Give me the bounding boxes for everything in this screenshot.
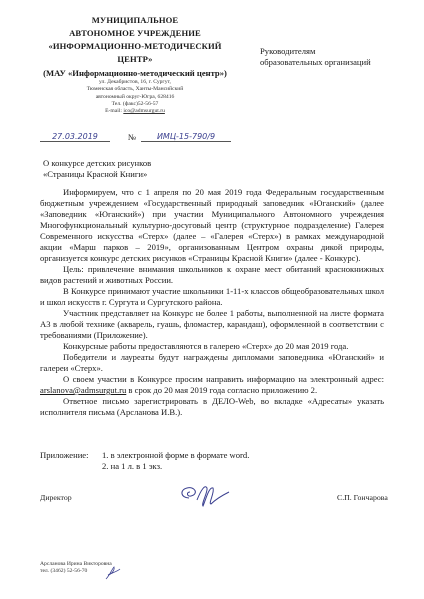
paragraph-awards: Победители и лауреаты будут награждены д… (40, 352, 384, 374)
paragraph-participants: В Конкурсе принимают участие школьники 1… (40, 286, 384, 308)
address-line-2: Тюменская область, Ханты-Мансийский (40, 86, 230, 93)
subject-line-1: О конкурсе детских рисунков (43, 158, 151, 169)
letterhead: МУНИЦИПАЛЬНОЕ АВТОНОМНОЕ УЧРЕЖДЕНИЕ «ИНФ… (40, 14, 230, 115)
registration-line: 27.03.2019 № ИМЦ-15-790/9 (40, 132, 240, 146)
recipient-block: Руководителям образовательных организаци… (260, 46, 371, 68)
letter-body: Информируем, что с 1 апреля по 20 мая 20… (40, 187, 384, 418)
recipient-line-2: образовательных организаций (260, 57, 371, 68)
signer-position: Директор (40, 493, 72, 502)
phone-fax: Тел. (факс)52-56-57 (40, 101, 230, 108)
org-name-line-1: МУНИЦИПАЛЬНОЕ (40, 14, 230, 27)
subject: О конкурсе детских рисунков «Страницы Кр… (43, 158, 151, 179)
org-name-line-2: АВТОНОМНОЕ УЧРЕЖДЕНИЕ (40, 27, 230, 40)
subject-line-2: «Страницы Красной Книги» (43, 169, 151, 180)
org-name-line-4: ЦЕНТР» (40, 53, 230, 66)
number-label: № (128, 132, 136, 142)
contact-text: О своем участии в Конкурсе просим направ… (63, 374, 384, 384)
registration-number: ИМЦ-15-790/9 (141, 132, 231, 142)
paragraph-registration: Ответное письмо зарегистрировать в ДЕЛО-… (40, 396, 384, 418)
appendix-item-2: 2. на 1 л. в 1 экз. (102, 461, 162, 472)
contact-email-link[interactable]: arslanova@admsurgut.ru (40, 385, 126, 395)
email-label: E-mail: (105, 108, 123, 114)
registration-date: 27.03.2019 (40, 132, 110, 142)
address-line-3: автономный округ-Югра, 628416 (40, 94, 230, 101)
org-short-name: (МАУ «Информационно-методический центр») (34, 67, 236, 79)
org-email-link[interactable]: ico@admsurgut.ru (123, 108, 165, 114)
appendix-label: Приложение: (40, 450, 102, 461)
executor-phone: тел. (3462) 52-56-70 (40, 568, 112, 575)
initials-signature-icon (104, 565, 122, 586)
email-line: E-mail: ico@admsurgut.ru (40, 108, 230, 115)
paragraph-contact: О своем участии в Конкурсе просим направ… (40, 374, 384, 396)
paragraph-requirements: Участник представляет на Конкурс не боле… (40, 308, 384, 341)
contact-text-after: в срок до 20 мая 2019 года согласно прил… (126, 385, 317, 395)
recipient-line-1: Руководителям (260, 46, 371, 57)
paragraph-goal: Цель: привлечение внимания школьников к … (40, 264, 384, 286)
org-name-line-3: «ИНФОРМАЦИОННО-МЕТОДИЧЕСКИЙ (40, 40, 230, 53)
appendix-item-1: 1. в электронной форме в формате word. (102, 450, 249, 461)
appendix: Приложение:1. в электронной форме в форм… (40, 450, 249, 472)
handwritten-signature-icon (175, 480, 235, 515)
paragraph-deadline: Конкурсные работы предоставляются в гале… (40, 341, 384, 352)
paragraph-intro: Информируем, что с 1 апреля по 20 мая 20… (40, 187, 384, 264)
executor-block: Арсланова Ирина Викторовна тел. (3462) 5… (40, 561, 112, 576)
signer-name: С.П. Гончарова (337, 493, 388, 502)
